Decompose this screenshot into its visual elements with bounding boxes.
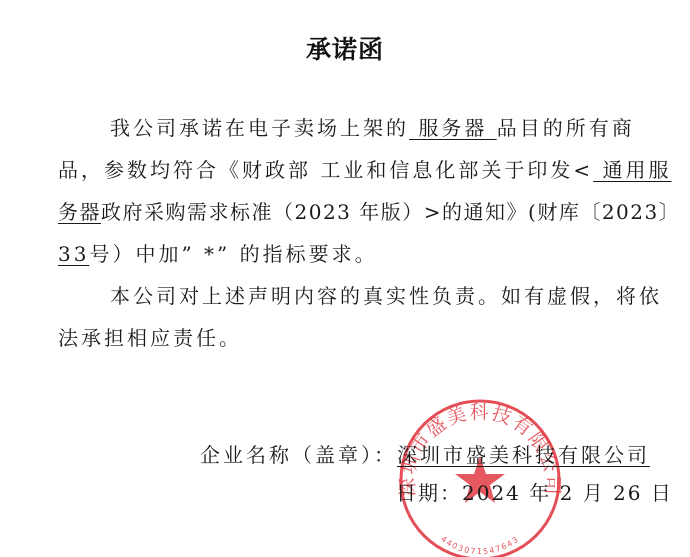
text: 号）中加” *” 的指标要求。 [89,242,377,266]
standard-name-cont: 务器 [58,200,101,224]
paragraph2-line2: 法承担相应责任。 [58,326,633,350]
paragraph1-line1: 我公司承诺在电子卖场上架的 服务器 品目的所有商 [110,116,685,140]
company-label: 企业名称（盖章）： [200,443,397,467]
doc-number: 33 [58,242,89,266]
paragraph1-line3: 务器政府采购需求标准（2023 年版）>的通知》(财库〔2023〕 [58,200,633,224]
text: 我公司承诺在电子卖场上架的 [110,116,409,140]
text: 品目的所有商 [497,116,635,140]
company-name: 深圳市盛美科技有限公司 [397,443,650,467]
product-category: 服务器 [409,116,497,140]
paragraph1-line2: 品，参数均符合《财政部 工业和信息化部关于印发< 通用服 [58,158,633,182]
text: 政府采购需求标准（2023 年版）>的通知》(财库〔2023〕 [101,200,680,224]
standard-name: 通用服 [593,158,671,182]
company-seal: 深圳市盛美科技有限公司 4403071547643 [398,398,562,557]
text: 品，参数均符合《财政部 工业和信息化部关于印发< [58,158,593,182]
company-name-row: 企业名称（盖章）：深圳市盛美科技有限公司 [200,443,650,467]
paragraph1-line4: 33号）中加” *” 的指标要求。 [58,242,633,266]
date-row: 日期：2024 年 2 月 26 日 [396,481,673,505]
date-label: 日期： [396,481,462,505]
paragraph2-line1: 本公司对上述声明内容的真实性负责。如有虚假，将依 [110,284,685,308]
document-title: 承诺函 [0,30,690,66]
date-value: 2024 年 2 月 26 日 [462,481,673,505]
